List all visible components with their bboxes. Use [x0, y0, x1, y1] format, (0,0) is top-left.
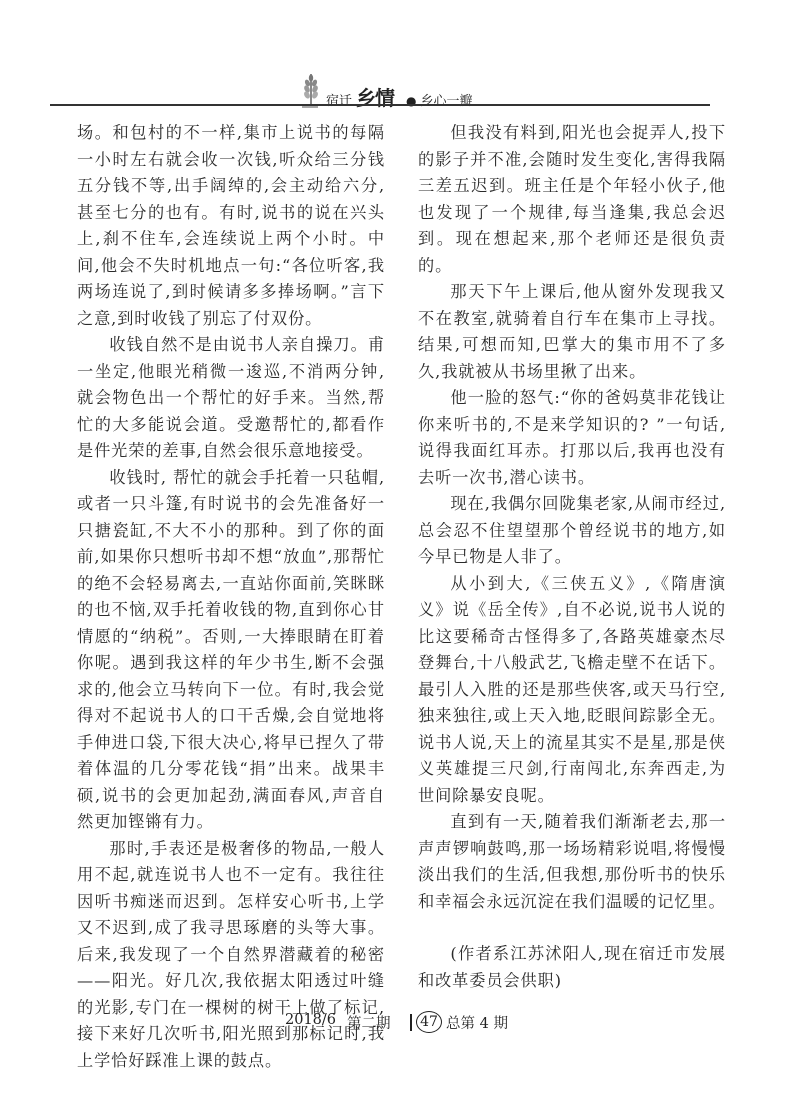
- issue-date: 2018/6: [285, 1012, 336, 1028]
- issue-label: 第二期: [347, 1012, 391, 1033]
- author-note: (作者系江苏沭阳人,现在宿迁市发展和改革委员会供职): [418, 941, 726, 994]
- wheat-ear-icon: [302, 72, 320, 104]
- header-rule: [50, 104, 710, 106]
- article-column-right: 但我没有料到,阳光也会捉弄人,投下的影子并不准,会随时发生变化,害得我隔三差五迟…: [418, 120, 726, 994]
- paragraph: 收钱自然不是由说书人亲自操刀。甫一坐定,他眼光稍微一逡巡,不消两分钟,就会物色出…: [77, 332, 385, 465]
- paragraph: 场。和包村的不一样,集市上说书的每隔一小时左右就会收一次钱,听众给三分钱五分钱不…: [77, 120, 385, 332]
- brand-city: 宿迁: [326, 90, 352, 109]
- footer-divider: [410, 1014, 412, 1031]
- paragraph: 收钱时, 帮忙的就会手托着一只毡帽,或者一只斗篷,有时说书的会先准备好一只搪瓷缸…: [77, 465, 385, 836]
- paragraph: 他一脸的怒气:“你的爸妈莫非花钱让你来听书的,不是来学知识的? ”一句话,说得我…: [418, 385, 726, 491]
- article-column-left: 场。和包村的不一样,集市上说书的每隔一小时左右就会收一次钱,听众给三分钱五分钱不…: [77, 120, 385, 1074]
- paragraph: 那时,手表还是极奢侈的物品,一般人用不起,就连说书人也不一定有。我往往因听书痴迷…: [77, 836, 385, 1075]
- total-issue: 总第 4 期: [446, 1012, 508, 1033]
- paragraph: 现在,我偶尔回陇集老家,从闹市经过,总会忍不住望望那个曾经说书的地方,如今早已物…: [418, 491, 726, 571]
- brand-title: 乡情: [356, 82, 394, 111]
- paragraph: 从小到大,《三侠五义》,《隋唐演义》说《岳全传》,自不必说,说书人说的比这要稀奇…: [418, 571, 726, 810]
- section-title: 乡心一瓣: [421, 90, 473, 109]
- magazine-brand: 宿迁 乡情 ● 乡心一瓣: [326, 82, 473, 111]
- header-rule-accent: [302, 106, 318, 108]
- paragraph: 直到有一天,随着我们渐渐老去,那一声声锣响鼓鸣,那一场场精彩说唱,将慢慢淡出我们…: [418, 809, 726, 915]
- page-number: 47: [416, 1011, 442, 1033]
- paragraph: 那天下午上课后,他从窗外发现我又不在教室,就骑着自行车在集市上寻找。结果,可想而…: [418, 279, 726, 385]
- bullet-icon: ●: [406, 94, 416, 108]
- paragraph: 但我没有料到,阳光也会捉弄人,投下的影子并不准,会随时发生变化,害得我隔三差五迟…: [418, 120, 726, 279]
- page-header: 宿迁 乡情 ● 乡心一瓣: [0, 70, 800, 110]
- page-footer: 2018/6 第二期 47 总第 4 期: [0, 1012, 800, 1036]
